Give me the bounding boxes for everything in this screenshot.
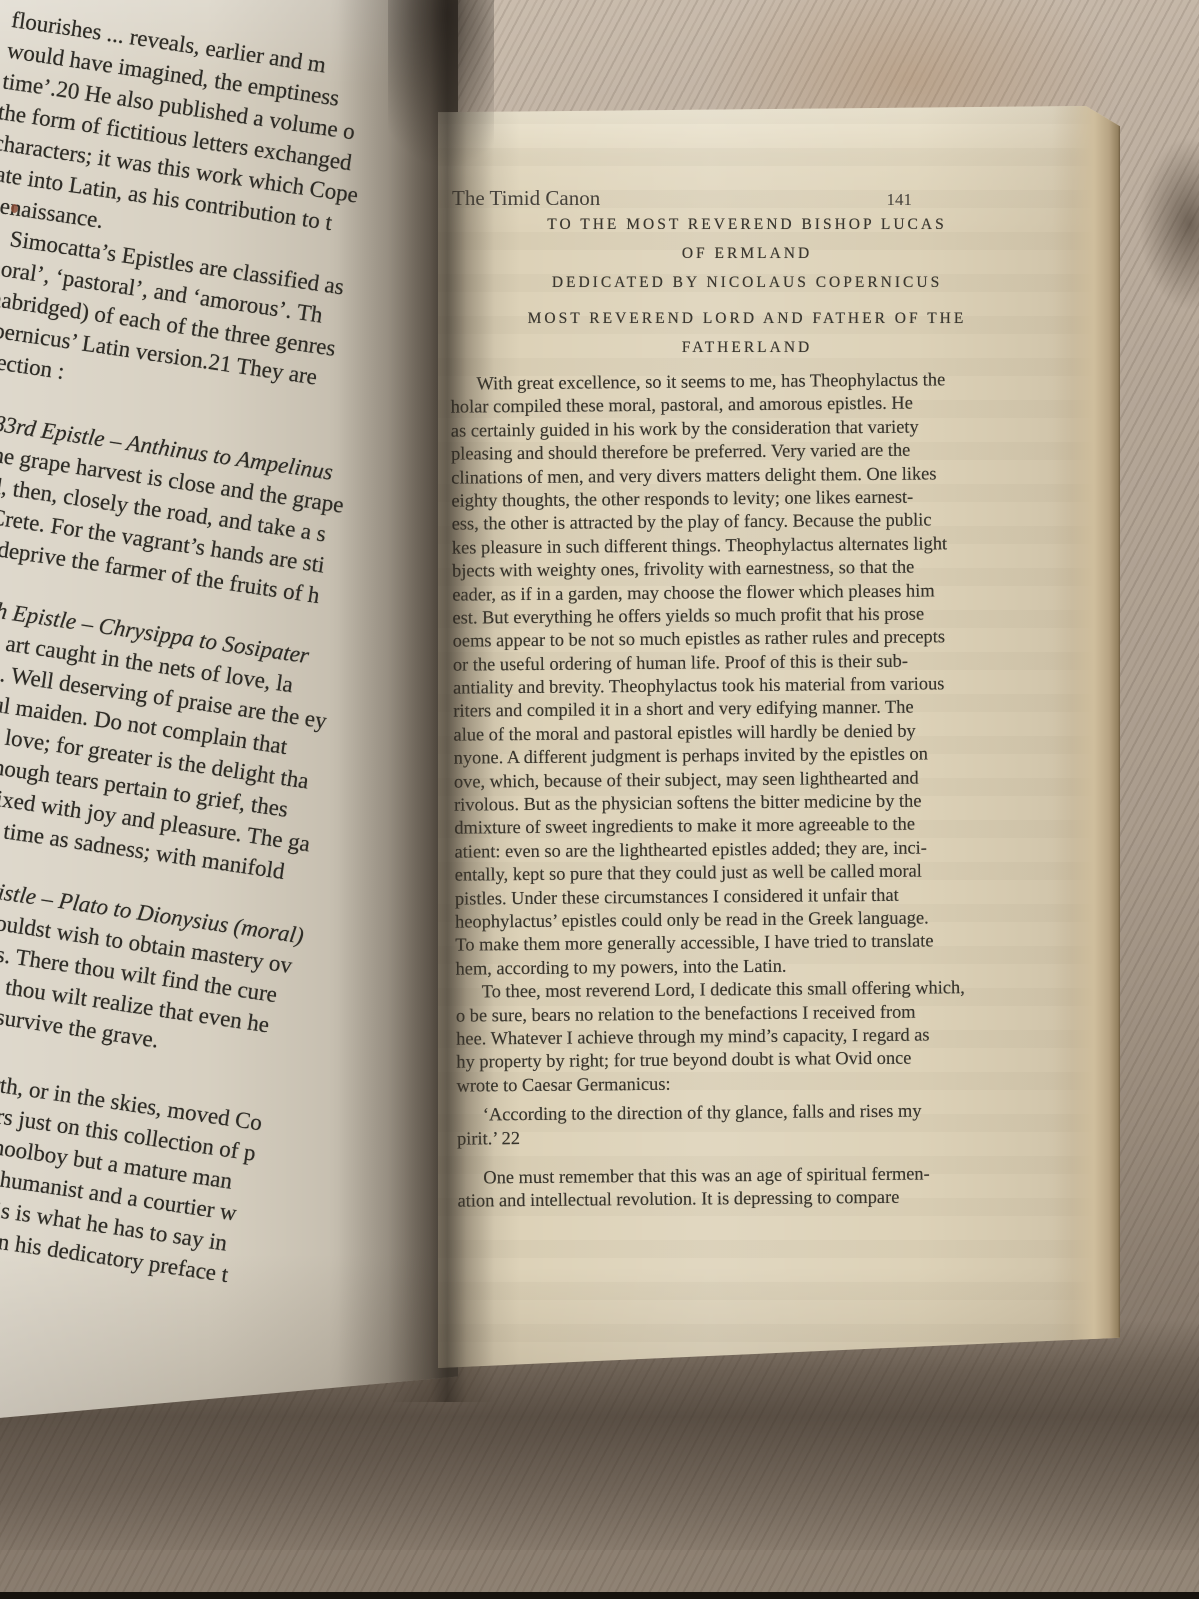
page-header: The Timid Canon 141 bbox=[452, 186, 1040, 211]
text-line: TO THE MOST REVEREND BISHOP LUCAS bbox=[454, 210, 1040, 239]
book-photo: flourishes ... reveals, earlier and mwou… bbox=[0, 0, 1199, 1599]
book-gutter-shadow bbox=[388, 0, 494, 1402]
text-line: MOST REVEREND LORD AND FATHER OF THE bbox=[454, 304, 1040, 333]
photo-bottom-edge bbox=[0, 1592, 1199, 1599]
text-line: OF ERMLAND bbox=[454, 239, 1040, 268]
page-fore-edge bbox=[1052, 106, 1120, 1368]
text-line: FATHERLAND bbox=[454, 333, 1040, 362]
page-number: 141 bbox=[887, 190, 913, 210]
dedication-heading: TO THE MOST REVEREND BISHOP LUCASOF ERML… bbox=[454, 210, 1040, 362]
text-line: ation and intellectual revolution. It is… bbox=[457, 1185, 1057, 1214]
right-page-body: With great excellence, so it seems to me… bbox=[450, 367, 1057, 1213]
text-line: wrote to Caesar Germanicus: bbox=[456, 1069, 1056, 1098]
right-page: The Timid Canon 141 TO THE MOST REVEREND… bbox=[438, 106, 1120, 1368]
text-line: DEDICATED BY NICOLAUS COPERNICUS bbox=[454, 268, 1040, 297]
page-speck bbox=[11, 204, 18, 213]
